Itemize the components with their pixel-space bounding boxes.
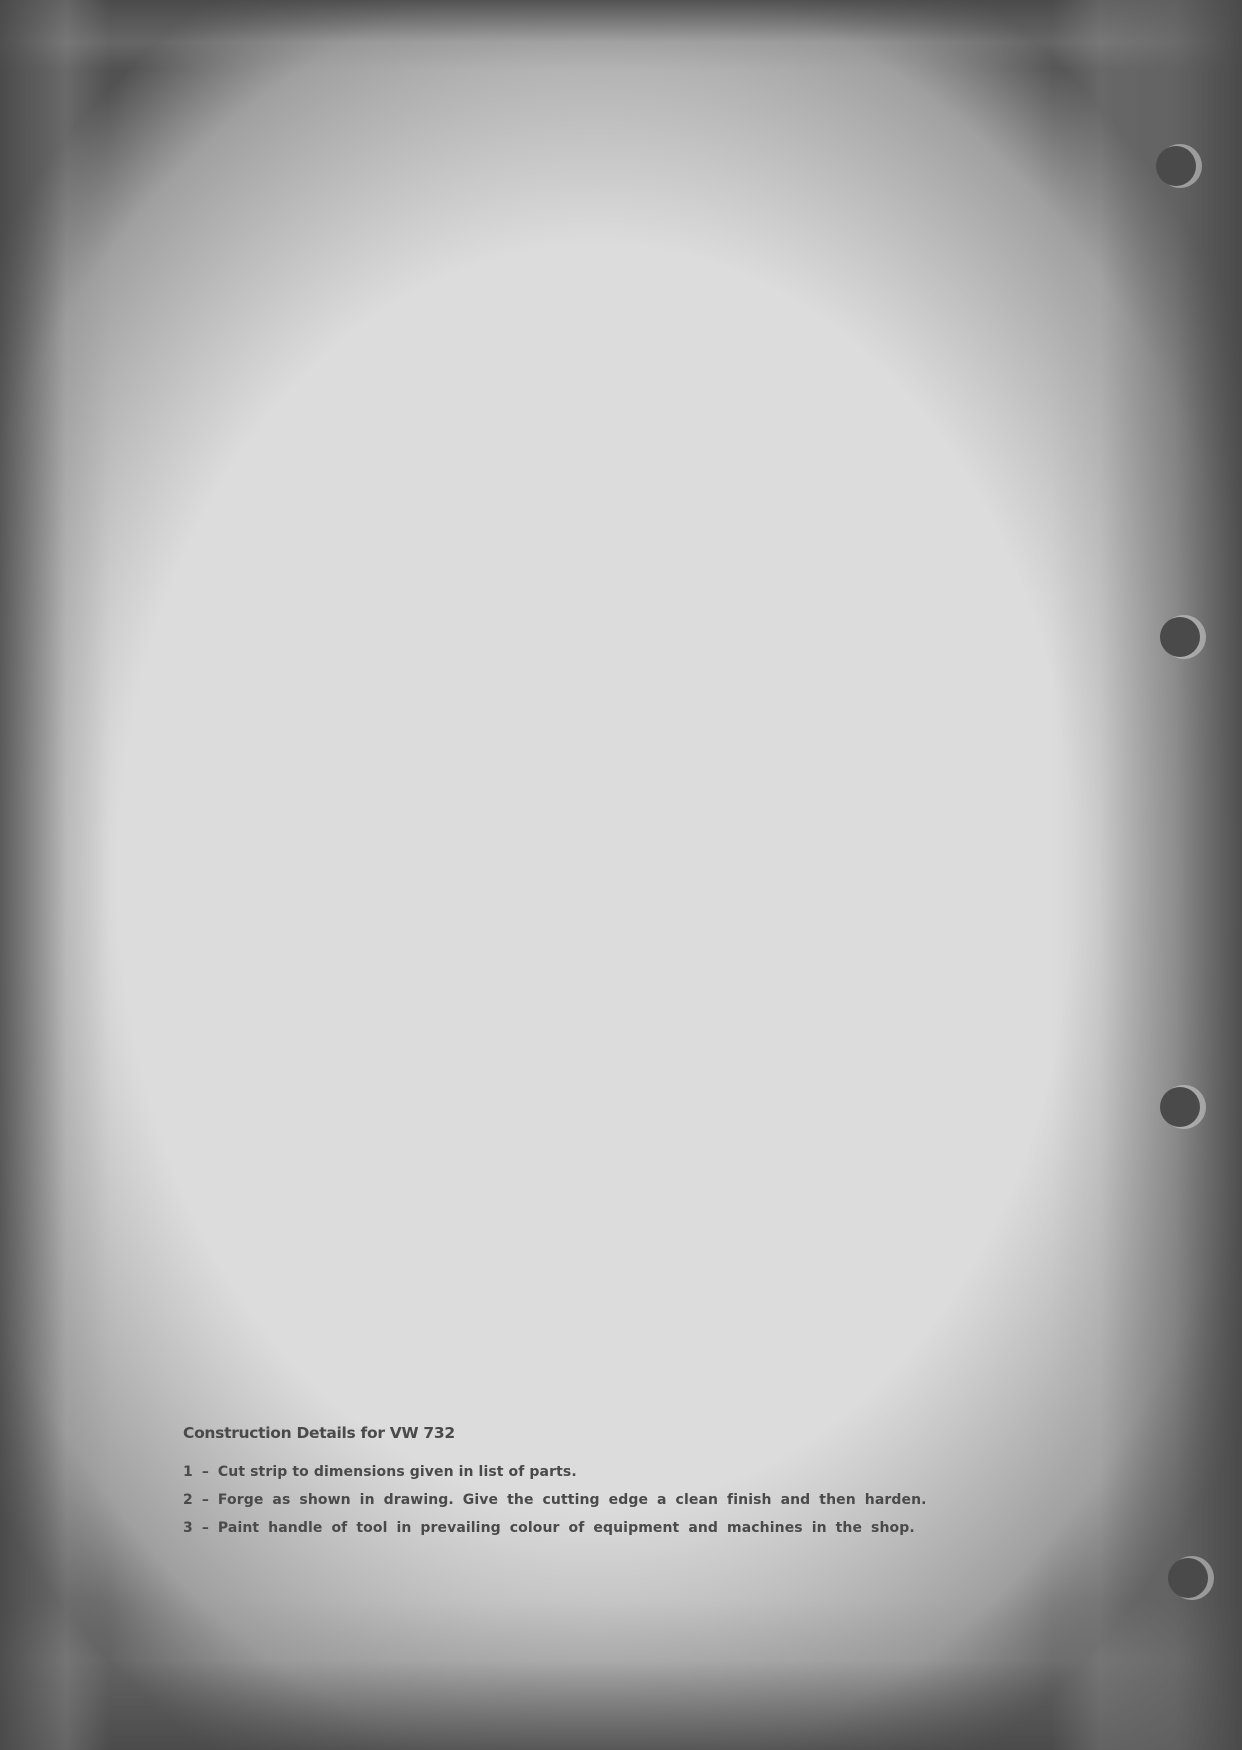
- step-number: 3: [183, 1520, 193, 1536]
- section-heading: Construction Details for VW 732: [183, 1424, 943, 1442]
- punch-hole-icon: [1160, 617, 1200, 657]
- construction-details: Construction Details for VW 732 1 – Cut …: [183, 1424, 943, 1548]
- step-number: 1: [183, 1464, 193, 1480]
- scan-edge-left: [0, 0, 110, 1750]
- step-text: Forge as shown in drawing. Give the cutt…: [218, 1492, 927, 1508]
- step-text: Paint handle of tool in prevailing colou…: [218, 1520, 915, 1536]
- punch-hole-icon: [1160, 1087, 1200, 1127]
- step-item: 3 – Paint handle of tool in prevailing c…: [183, 1520, 943, 1536]
- punch-hole-icon: [1156, 146, 1196, 186]
- step-item: 1 – Cut strip to dimensions given in lis…: [183, 1464, 943, 1480]
- step-item: 2 – Forge as shown in drawing. Give the …: [183, 1492, 943, 1508]
- punch-hole-icon: [1168, 1558, 1208, 1598]
- step-text: Cut strip to dimensions given in list of…: [218, 1464, 577, 1480]
- scanned-page: Construction Details for VW 732 1 – Cut …: [0, 0, 1242, 1750]
- step-separator: –: [202, 1492, 209, 1508]
- step-number: 2: [183, 1492, 193, 1508]
- step-separator: –: [202, 1464, 209, 1480]
- scan-edge-right: [1052, 0, 1242, 1750]
- step-separator: –: [202, 1520, 209, 1536]
